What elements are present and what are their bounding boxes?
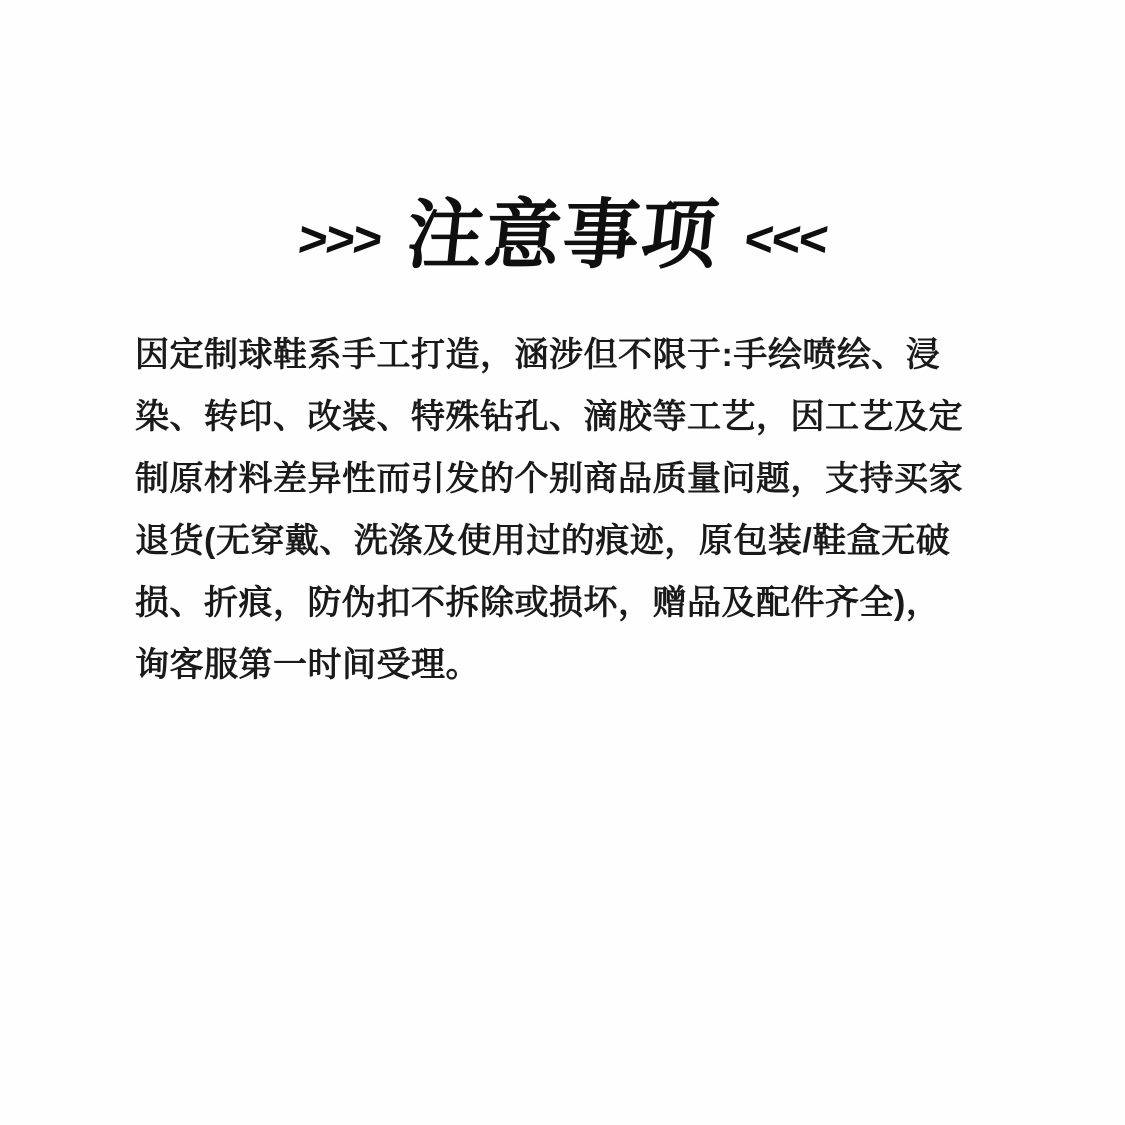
notice-paragraph: 因定制球鞋系手工打造，涵涉但不限于:手绘喷绘、浸 染、转印、改装、特殊钻孔、滴胶… bbox=[135, 324, 995, 696]
notice-line: 制原材料差异性而引发的个别商品质量问题，支持买家 bbox=[135, 448, 995, 510]
notice-line: 询客服第一时间受理。 bbox=[135, 634, 995, 696]
notice-line: 损、折痕，防伪扣不拆除或损坏，赠品及配件齐全)， bbox=[135, 572, 995, 634]
page-title: >>> 注意事项 <<< bbox=[0, 198, 1125, 274]
notice-page: >>> 注意事项 <<< 因定制球鞋系手工打造，涵涉但不限于:手绘喷绘、浸 染、… bbox=[0, 0, 1125, 1125]
right-chevrons-icon: >>> bbox=[296, 208, 383, 264]
left-chevrons-icon: <<< bbox=[742, 208, 829, 264]
notice-line: 染、转印、改装、特殊钻孔、滴胶等工艺，因工艺及定 bbox=[135, 386, 995, 448]
notice-line: 因定制球鞋系手工打造，涵涉但不限于:手绘喷绘、浸 bbox=[135, 324, 995, 386]
notice-line: 退货(无穿戴、洗涤及使用过的痕迹，原包装/鞋盒无破 bbox=[135, 510, 995, 572]
title-text: 注意事项 bbox=[403, 198, 723, 274]
